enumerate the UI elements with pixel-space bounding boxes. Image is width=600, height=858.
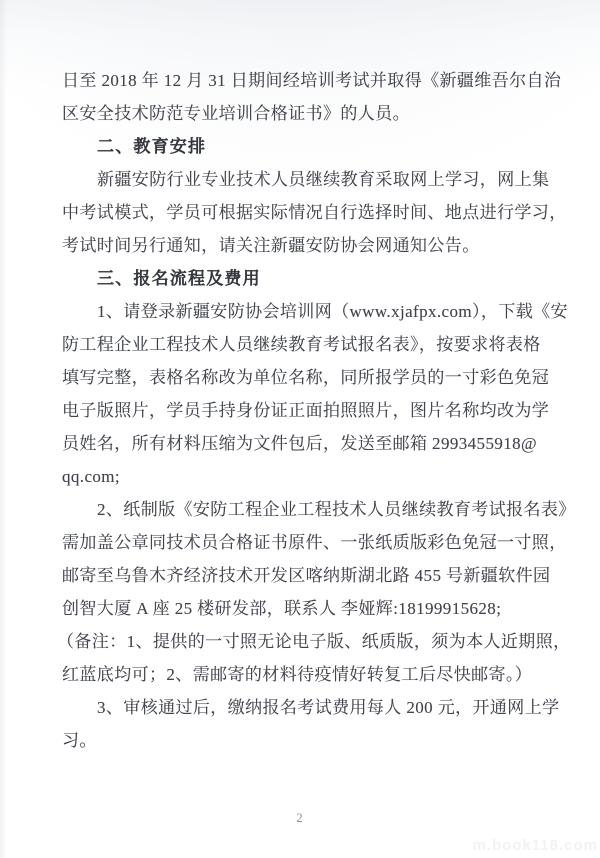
body-line: qq.com; [62, 460, 548, 493]
body-line: 2、纸制版《安防工程企业工程技术人员继续教育考试报名表》 [62, 493, 548, 526]
section-heading-2: 二、教育安排 [62, 130, 548, 163]
body-line: 日至 2018 年 12 月 31 日期间经培训考试并取得《新疆维吾尔自治 [62, 64, 548, 97]
body-line: 习。 [62, 724, 548, 757]
section-heading-3: 三、报名流程及费用 [62, 262, 548, 295]
body-line: 考试时间另行通知，请关注新疆安防协会网通知公告。 [62, 229, 548, 262]
scanned-page: 日至 2018 年 12 月 31 日期间经培训考试并取得《新疆维吾尔自治 区安… [0, 0, 600, 858]
body-line: 创智大厦 A 座 25 楼研发部，联系人 李娅辉:18199915628; [62, 592, 548, 625]
note-line: 红蓝底均可；2、需邮寄的材料待疫情好转复工后尽快邮寄。） [62, 658, 548, 691]
body-line: 新疆安防行业专业技术人员继续教育采取网上学习，网上集 [62, 163, 548, 196]
body-line: 区安全技术防范专业培训合格证书》的人员。 [62, 97, 548, 130]
note-line: （备注：1、提供的一寸照无论电子版、纸质版，须为本人近期照， [57, 625, 548, 658]
body-line: 电子版照片，学员手持身份证正面拍照照片，图片名称均改为学 [62, 394, 548, 427]
body-line: 填写完整，表格名称改为单位名称，同所报学员的一寸彩色免冠 [62, 361, 548, 394]
body-line: 中考试模式，学员可根据实际情况自行选择时间、地点进行学习， [62, 196, 548, 229]
body-line: 需加盖公章同技术员合格证书原件、一张纸质版彩色免冠一寸照， [62, 526, 548, 559]
body-line: 1、请登录新疆安防协会培训网（www.xjafpx.com），下载《安 [62, 295, 548, 328]
site-watermark: m.book118.com [472, 837, 598, 854]
page-number: 2 [0, 810, 600, 826]
body-line: 员姓名，所有材料压缩为文件包后，发送至邮箱 2993455918@ [62, 427, 548, 460]
document-body: 日至 2018 年 12 月 31 日期间经培训考试并取得《新疆维吾尔自治 区安… [62, 64, 548, 757]
body-line: 防工程企业工程技术人员继续教育考试报名表》，按要求将表格 [62, 328, 548, 361]
body-line: 邮寄至乌鲁木齐经济技术开发区喀纳斯湖北路 455 号新疆软件园 [62, 559, 548, 592]
body-line: 3、审核通过后，缴纳报名考试费用每人 200 元，开通网上学 [62, 691, 548, 724]
scan-edge-shadow [0, 0, 7, 858]
